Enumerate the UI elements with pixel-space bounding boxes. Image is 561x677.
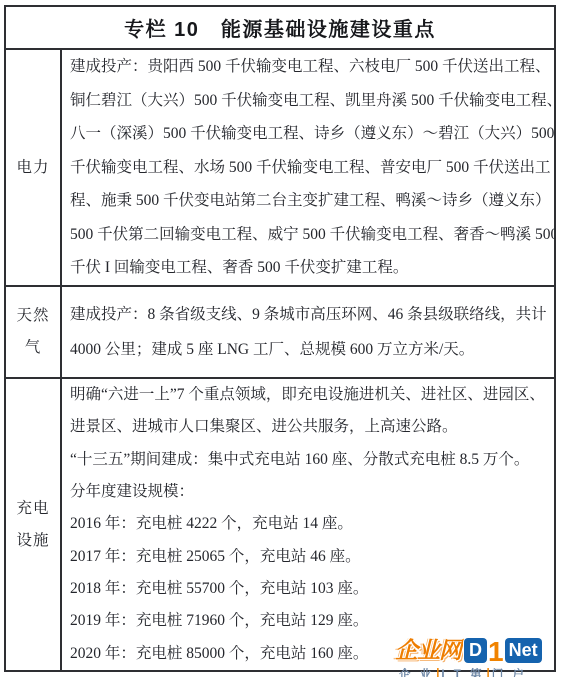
- logo-tagline: 企 业 | I T 第 | 门 户: [395, 666, 561, 677]
- table-title: 专栏 10 能源基础设施建设重点: [6, 7, 554, 50]
- infobox-table: 专栏 10 能源基础设施建设重点 电力 建成投产：贵阳西 500 千伏输变电工程…: [4, 5, 556, 672]
- table-row-natural-gas: 天然气 建成投产：8 条省级支线、9 条城市高压环网、46 条县级联络线，共计 …: [6, 287, 554, 379]
- text-line: 500 千伏第二回输变电工程、威宁 500 千伏输变电工程、奢香～鸭溪 500: [70, 218, 551, 252]
- text-line: 2016 年：充电桩 4222 个，充电站 14 座。: [70, 508, 551, 540]
- text-line: 进景区、进城市人口集聚区、进公共服务，上高速公路。: [70, 411, 551, 443]
- logo-digit-one: 1: [488, 639, 504, 664]
- tagline-segment: 门 户: [492, 666, 527, 677]
- text-line: 2018 年：充电桩 55700 个，充电站 103 座。: [70, 573, 551, 605]
- text-line: 千伏 I 回输变电工程、奢香 500 千伏变扩建工程。: [70, 251, 551, 285]
- text-line: 2017 年：充电桩 25065 个，充电站 46 座。: [70, 541, 551, 573]
- logo-chinese-text: 企业网: [395, 637, 461, 663]
- text-line: 建成投产：8 条省级支线、9 条城市高压环网、46 条县级联络线，共计: [70, 297, 551, 332]
- row-content-charging-facilities: 明确“六进一上”7 个重点领域，即充电设施进机关、进社区、进园区、 进景区、进城…: [62, 379, 554, 670]
- table-row-electricity: 电力 建成投产：贵阳西 500 千伏输变电工程、六枝电厂 500 千伏送出工程、…: [6, 50, 554, 287]
- text-line: 八一（深溪）500 千伏输变电工程、诗乡（遵义东）～碧江（大兴）500: [70, 117, 551, 151]
- scanned-document-page: { "title": "专栏 10 能源基础设施建设重点", "rows": […: [0, 0, 561, 677]
- d1net-logo: 企业网 D 1 Net: [395, 633, 561, 663]
- row-label-electricity: 电力: [6, 50, 62, 285]
- row-content-electricity: 建成投产：贵阳西 500 千伏输变电工程、六枝电厂 500 千伏送出工程、 铜仁…: [62, 50, 554, 285]
- tagline-separator: |: [487, 668, 490, 677]
- d1net-watermark-logo: 企业网 D 1 Net 企 业 | I T 第 | 门 户: [395, 633, 561, 677]
- text-line: 千伏输变电工程、水场 500 千伏输变电工程、普安电厂 500 千伏送出工: [70, 151, 551, 185]
- logo-net-text: Net: [505, 638, 542, 663]
- logo-letter-d: D: [464, 638, 487, 663]
- table-row-charging-facilities: 充电设施 明确“六进一上”7 个重点领域，即充电设施进机关、进社区、进园区、 进…: [6, 379, 554, 670]
- tagline-separator: |: [436, 668, 439, 677]
- text-line: 明确“六进一上”7 个重点领域，即充电设施进机关、进社区、进园区、: [70, 379, 551, 411]
- row-label-natural-gas: 天然气: [6, 287, 62, 377]
- tagline-segment: I T 第: [441, 666, 484, 677]
- text-line: “十三五”期间建成：集中式充电站 160 座、分散式充电桩 8.5 万个。: [70, 444, 551, 476]
- row-content-natural-gas: 建成投产：8 条省级支线、9 条城市高压环网、46 条县级联络线，共计 4000…: [62, 287, 554, 377]
- row-label-charging-facilities: 充电设施: [6, 379, 62, 670]
- tagline-segment: 企 业: [399, 666, 434, 677]
- text-line: 分年度建设规模：: [70, 476, 551, 508]
- text-line: 4000 公里；建成 5 座 LNG 工厂、总规模 600 万立方米/天。: [70, 332, 551, 367]
- text-line: 建成投产：贵阳西 500 千伏输变电工程、六枝电厂 500 千伏送出工程、: [70, 50, 551, 84]
- text-line: 程、施秉 500 千伏变电站第二台主变扩建工程、鸭溪～诗乡（遵义东）: [70, 184, 551, 218]
- text-line: 铜仁碧江（大兴）500 千伏输变电工程、凯里舟溪 500 千伏输变电工程、: [70, 84, 551, 118]
